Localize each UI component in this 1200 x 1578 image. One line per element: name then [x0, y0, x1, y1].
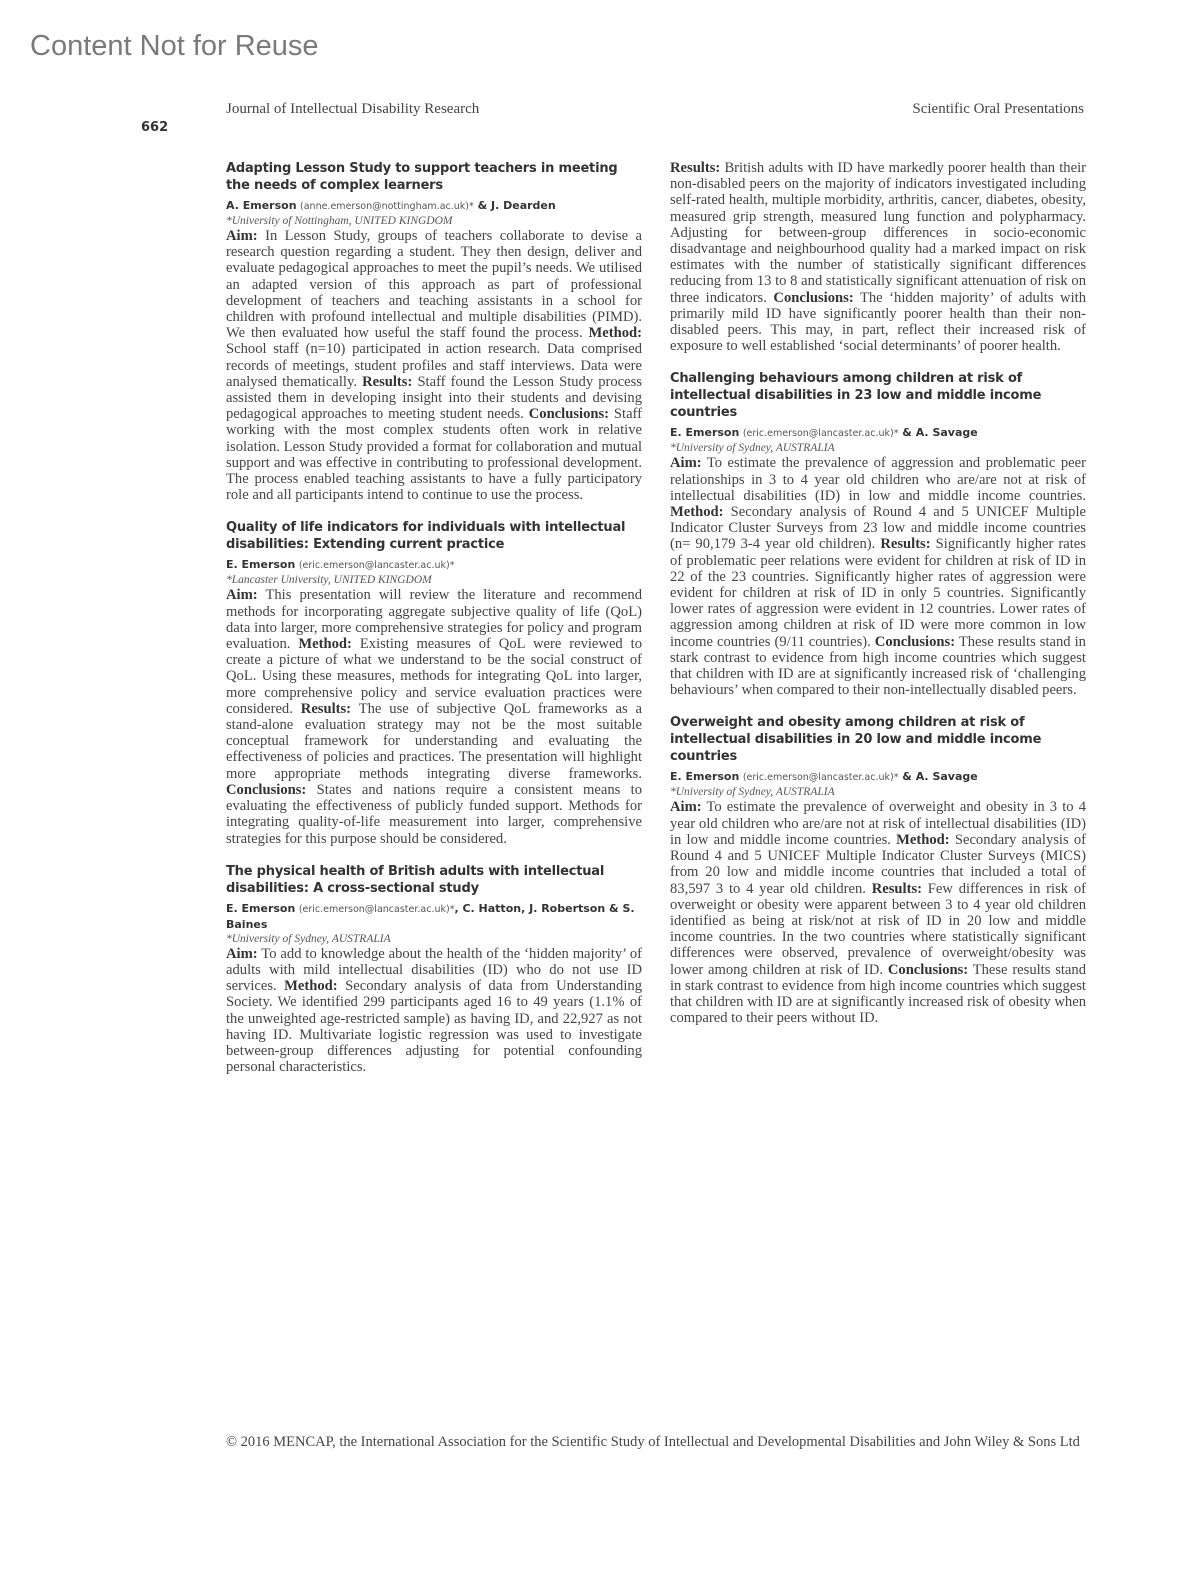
aim-label: Aim:	[670, 455, 702, 471]
conclusions-label: Conclusions:	[888, 962, 968, 978]
method-label: Method:	[896, 832, 950, 848]
affiliation: *University of Sydney, AUSTRALIA	[226, 932, 642, 946]
author-separator: &	[605, 902, 622, 915]
results-label: Results:	[670, 160, 720, 176]
author-email: (eric.emerson@lancaster.ac.uk)*	[299, 904, 455, 915]
abstract-title: The physical health of British adults wi…	[226, 863, 642, 897]
author-separator: &	[898, 770, 915, 783]
author-separator: ,	[521, 902, 529, 915]
results-label: Results:	[880, 536, 930, 552]
section-title: Scientific Oral Presentations	[912, 101, 1084, 118]
abstract-challenging-behaviours: Challenging behaviours among children at…	[670, 370, 1086, 698]
results-label: Results:	[872, 881, 922, 897]
author-name: E. Emerson	[670, 426, 739, 439]
author-name: E. Emerson	[226, 558, 295, 571]
method-label: Method:	[284, 978, 338, 994]
abstract-title: Overweight and obesity among children at…	[670, 714, 1086, 765]
author-separator: &	[474, 199, 491, 212]
abstract-body: Results: British adults with ID have mar…	[670, 160, 1086, 354]
author-line: E. Emerson (eric.emerson@lancaster.ac.uk…	[670, 769, 1086, 785]
abstract-title: Challenging behaviours among children at…	[670, 370, 1086, 421]
watermark: Content Not for Reuse	[30, 30, 319, 63]
copyright-footer: © 2016 MENCAP, the International Associa…	[226, 1430, 1096, 1454]
author-separator: &	[898, 426, 915, 439]
author-email: (eric.emerson@lancaster.ac.uk)*	[743, 428, 899, 439]
abstract-quality-of-life: Quality of life indicators for individua…	[226, 519, 642, 846]
affiliation: *University of Sydney, AUSTRALIA	[670, 441, 1086, 455]
affiliation: *Lancaster University, UNITED KINGDOM	[226, 573, 642, 587]
abstract-body: Aim: To estimate the prevalence of overw…	[670, 799, 1086, 1026]
author-line: E. Emerson (eric.emerson@lancaster.ac.uk…	[226, 557, 642, 573]
aim-text: In Lesson Study, groups of teachers coll…	[226, 228, 642, 341]
aim-label: Aim:	[226, 587, 258, 603]
aim-label: Aim:	[226, 946, 258, 962]
abstract-body: Aim: This presentation will review the l…	[226, 587, 642, 846]
author-line: E. Emerson (eric.emerson@lancaster.ac.uk…	[670, 425, 1086, 441]
author-email: (eric.emerson@lancaster.ac.uk)*	[743, 772, 899, 783]
abstract-title: Quality of life indicators for individua…	[226, 519, 642, 553]
author-name: C. Hatton	[462, 902, 521, 915]
method-label: Method:	[588, 325, 642, 341]
author-name: A. Savage	[916, 770, 978, 783]
conclusions-label: Conclusions:	[875, 634, 955, 650]
abstract-overweight-obesity: Overweight and obesity among children at…	[670, 714, 1086, 1026]
method-label: Method:	[298, 636, 352, 652]
method-label: Method:	[670, 504, 724, 520]
author-name: A. Savage	[916, 426, 978, 439]
abstract-body: Aim: In Lesson Study, groups of teachers…	[226, 228, 642, 503]
author-email: (anne.emerson@nottingham.ac.uk)*	[300, 201, 474, 212]
aim-label: Aim:	[670, 799, 702, 815]
author-email: (eric.emerson@lancaster.ac.uk)*	[299, 560, 455, 571]
abstract-physical-health-continued: Results: British adults with ID have mar…	[670, 160, 1086, 354]
abstract-lesson-study: Adapting Lesson Study to support teacher…	[226, 160, 642, 503]
author-name: J. Dearden	[491, 199, 556, 212]
author-name: J. Robertson	[529, 902, 605, 915]
affiliation: *University of Sydney, AUSTRALIA	[670, 785, 1086, 799]
conclusions-label: Conclusions:	[529, 406, 609, 422]
right-column: Results: British adults with ID have mar…	[670, 160, 1086, 1042]
author-name: E. Emerson	[670, 770, 739, 783]
conclusions-label: Conclusions:	[226, 782, 306, 798]
abstract-title: Adapting Lesson Study to support teacher…	[226, 160, 642, 194]
journal-title: Journal of Intellectual Disability Resea…	[226, 101, 479, 118]
author-name: E. Emerson	[226, 902, 295, 915]
conclusions-label: Conclusions:	[773, 290, 853, 306]
author-name: A. Emerson	[226, 199, 297, 212]
affiliation: *University of Nottingham, UNITED KINGDO…	[226, 214, 642, 228]
aim-text: To estimate the prevalence of aggression…	[670, 455, 1086, 503]
page-number: 662	[141, 120, 168, 135]
results-text: British adults with ID have markedly poo…	[670, 160, 1086, 306]
author-line: E. Emerson (eric.emerson@lancaster.ac.uk…	[226, 901, 642, 932]
results-label: Results:	[301, 701, 351, 717]
aim-label: Aim:	[226, 228, 258, 244]
results-label: Results:	[362, 374, 412, 390]
abstract-body: Aim: To add to knowledge about the healt…	[226, 946, 642, 1076]
abstract-physical-health: The physical health of British adults wi…	[226, 863, 642, 1076]
abstract-body: Aim: To estimate the prevalence of aggre…	[670, 455, 1086, 698]
author-line: A. Emerson (anne.emerson@nottingham.ac.u…	[226, 198, 642, 214]
left-column: Adapting Lesson Study to support teacher…	[226, 160, 642, 1091]
